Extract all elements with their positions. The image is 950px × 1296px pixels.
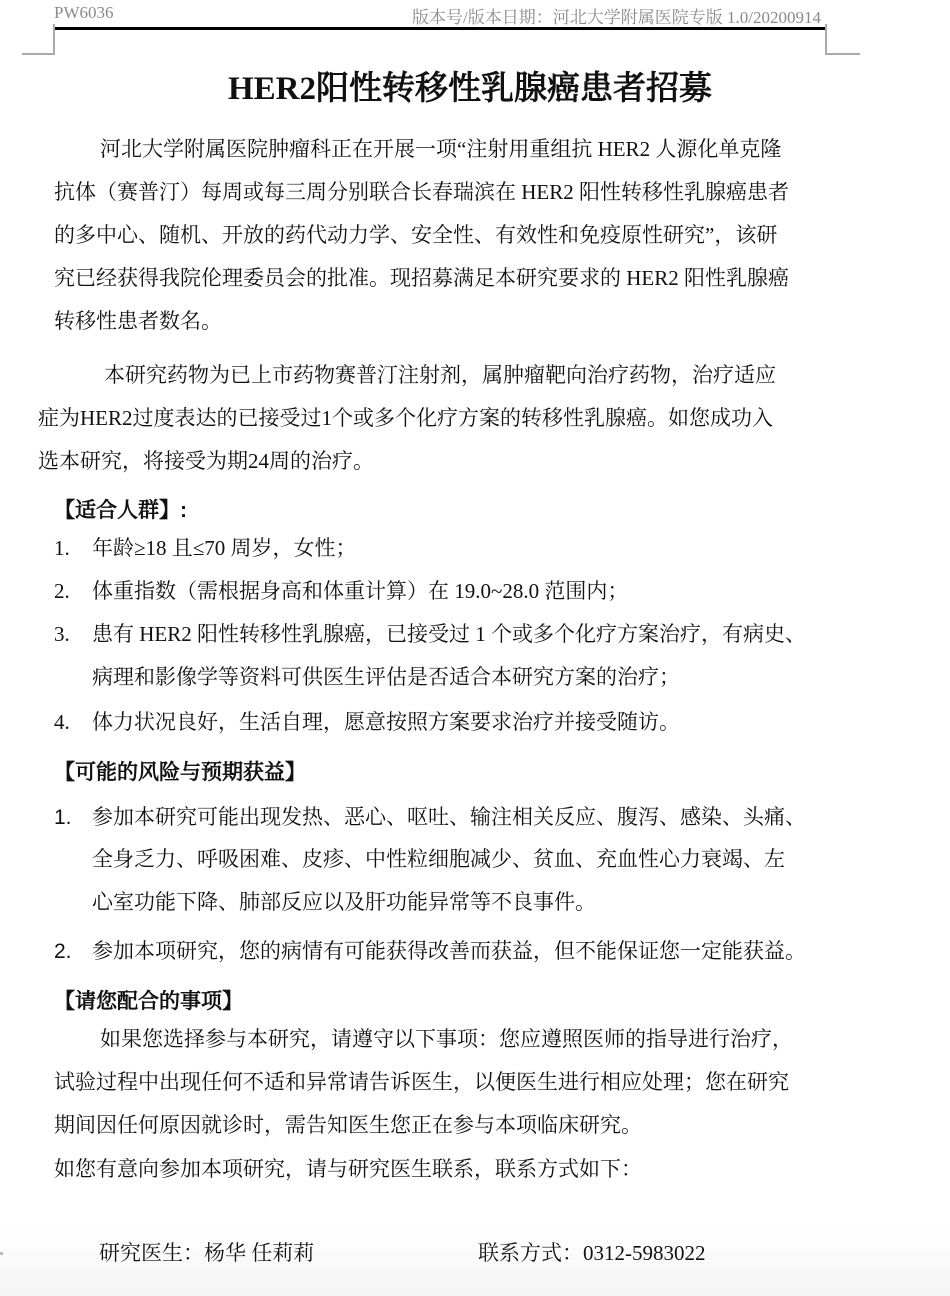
- version-info: 版本号/版本日期：河北大学附属医院专版 1.0/20200914: [412, 3, 821, 28]
- item-number: 2.: [54, 930, 72, 973]
- intro-line: 抗体（赛普汀）每周或每三周分别联合长春瑞滨在 HER2 阳性转移性乳腺癌患者: [54, 171, 789, 214]
- page-title: HER2阳性转移性乳腺癌患者招募: [0, 62, 950, 109]
- cooperation-line: 如果您选择参与本研究，请遵守以下事项：您应遵照医师的指导进行治疗，: [100, 1018, 793, 1061]
- drug-info-line: 症为HER2过度表达的已接受过1个或多个化疗方案的转移性乳腺癌。如您成功入: [38, 397, 773, 440]
- contact-phone: 联系方式：0312-5983022: [478, 1237, 706, 1267]
- item-text: 患有 HER2 阳性转移性乳腺癌，已接受过 1 个或多个化疗方案治疗，有病史、: [92, 613, 806, 656]
- crop-mark-left: [22, 24, 55, 55]
- item-number: 1.: [54, 796, 72, 839]
- item-number: 1.: [54, 527, 70, 570]
- intro-line: 转移性患者数名。: [54, 300, 222, 343]
- item-text: 全身乏力、呼吸困难、皮疹、中性粒细胞减少、贫血、充血性心力衰竭、左: [92, 838, 785, 881]
- intro-line: 河北大学附属医院肿瘤科正在开展一项“注射用重组抗 HER2 人源化单克隆: [100, 128, 781, 171]
- cooperation-line: 期间因任何原因就诊时，需告知医生您正在参与本项临床研究。: [54, 1104, 642, 1147]
- header-divider: [54, 27, 826, 30]
- drug-info-line: 选本研究，将接受为期24周的治疗。: [38, 440, 374, 483]
- item-number: 4.: [54, 701, 70, 744]
- crop-mark-right: [825, 24, 860, 55]
- item-text: 年龄≥18 且≤70 周岁，女性；: [92, 527, 357, 570]
- item-text: 体力状况良好，生活自理，愿意按照方案要求治疗并接受随访。: [92, 701, 680, 744]
- drug-info-line: 本研究药物为已上市药物赛普汀注射剂，属肿瘤靶向治疗药物，治疗适应: [104, 354, 776, 397]
- contact-intro: 如您有意向参加本项研究，请与研究医生联系，联系方式如下：: [54, 1148, 642, 1191]
- eligibility-heading: 【适合人群】:: [54, 494, 187, 524]
- item-number: 3.: [54, 613, 70, 656]
- item-text: 病理和影像学等资料可供医生评估是否适合本研究方案的治疗；: [92, 656, 680, 699]
- intro-line: 的多中心、随机、开放的药代动力学、安全性、有效性和免疫原性研究”，该研: [54, 214, 777, 257]
- item-number: 2.: [54, 570, 70, 613]
- cooperation-line: 试验过程中出现任何不适和异常请告诉医生，以便医生进行相应处理；您在研究: [54, 1061, 789, 1104]
- intro-line: 究已经获得我院伦理委员会的批准。现招募满足本研究要求的 HER2 阳性乳腺癌: [54, 257, 789, 300]
- item-text: 参加本研究可能出现发热、恶心、呕吐、输注相关反应、腹泻、感染、头痛、: [92, 796, 806, 839]
- cooperation-heading: 【请您配合的事项】: [54, 985, 243, 1015]
- item-text: 参加本项研究，您的病情有可能获得改善而获益，但不能保证您一定能获益。: [92, 930, 806, 973]
- item-text: 心室功能下降、肺部反应以及肝功能异常等不良事件。: [92, 881, 596, 924]
- margin-mark: [0, 1252, 3, 1255]
- item-text: 体重指数（需根据身高和体重计算）在 19.0~28.0 范围内；: [92, 570, 628, 613]
- document-code: PW6036: [54, 3, 114, 23]
- research-doctors: 研究医生：杨华 任莉莉: [99, 1237, 314, 1267]
- risks-heading: 【可能的风险与预期获益】: [54, 756, 306, 786]
